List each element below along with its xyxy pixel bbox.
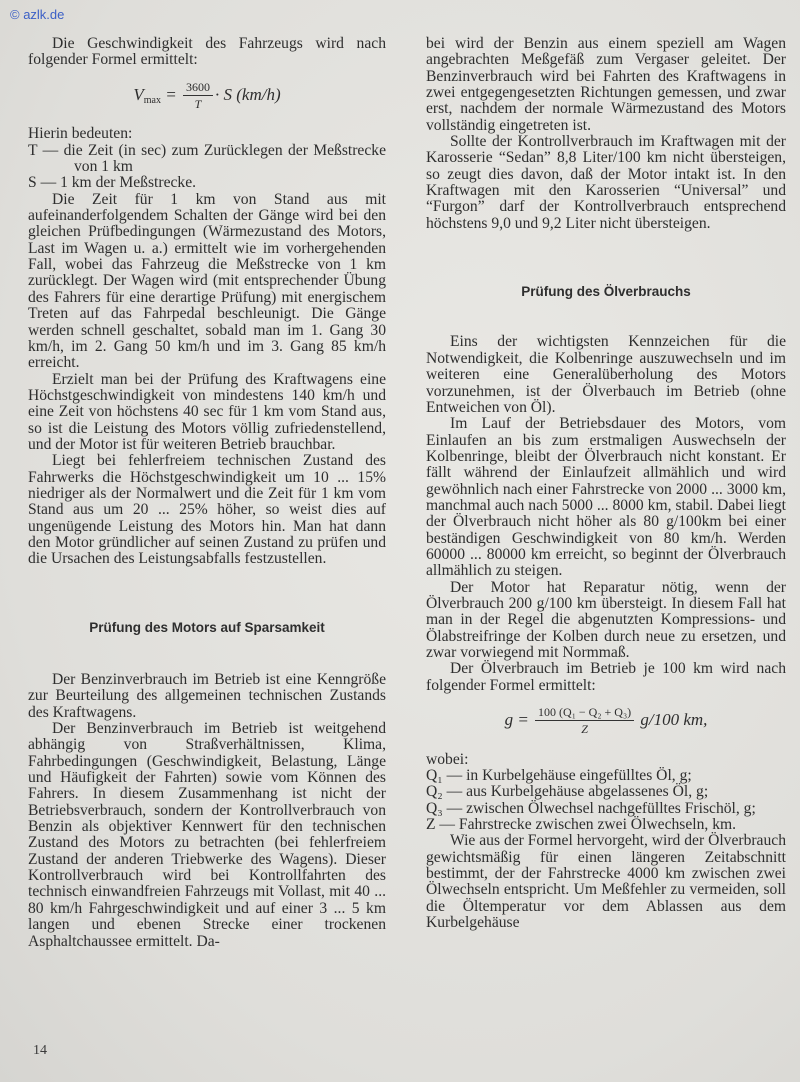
definitions-label: Hierin bedeuten: bbox=[28, 126, 386, 142]
section-heading: Prüfung des Ölverbrauchs bbox=[426, 284, 786, 300]
left-column: Die Geschwindigkeit des Fahrzeugs wird n… bbox=[28, 36, 386, 950]
definition-Q3: Q₃ — zwischen Ölwechsel nachgefülltes Fr… bbox=[426, 801, 786, 817]
watermark: © azlk.de bbox=[10, 7, 64, 22]
scanned-page: © azlk.de Die Geschwindigkeit des Fahrze… bbox=[0, 0, 800, 1082]
section-heading: Prüfung des Motors auf Sparsamkeit bbox=[28, 620, 386, 636]
paragraph: Die Zeit für 1 km von Stand aus mit aufe… bbox=[28, 192, 386, 372]
page-number: 14 bbox=[33, 1043, 47, 1059]
definition-S: S — 1 km der Meßstrecke. bbox=[28, 175, 386, 191]
definition-Z: Z — Fahrstrecke zwischen zwei Ölwechseln… bbox=[426, 817, 786, 833]
paragraph: Eins der wichtigsten Kennzeichen für die… bbox=[426, 334, 786, 416]
paragraph: Der Benzinverbrauch im Betrieb ist eine … bbox=[28, 672, 386, 721]
definition-T: T — die Zeit (in sec) zum Zurücklegen de… bbox=[28, 143, 386, 176]
definition-Q2: Q₂ — aus Kurbelgehäuse abgelassenes Öl, … bbox=[426, 784, 786, 800]
paragraph: Sollte der Kontrollverbrauch im Kraftwag… bbox=[426, 134, 786, 232]
paragraph: Der Benzinverbrauch im Betrieb ist weitg… bbox=[28, 721, 386, 950]
definitions-label: wobei: bbox=[426, 752, 786, 768]
paragraph: Erzielt man bei der Prüfung des Kraftwag… bbox=[28, 372, 386, 454]
right-column: bei wird der Benzin aus einem speziell a… bbox=[426, 36, 786, 932]
paragraph: Wie aus der Formel hervorgeht, wird der … bbox=[426, 833, 786, 931]
paragraph: bei wird der Benzin aus einem speziell a… bbox=[426, 36, 786, 134]
paragraph: Der Ölverbrauch im Betrieb je 100 km wir… bbox=[426, 661, 786, 694]
definition-Q1: Q₁ — in Kurbelgehäuse eingefülltes Öl, g… bbox=[426, 768, 786, 784]
paragraph: Die Geschwindigkeit des Fahrzeugs wird n… bbox=[28, 36, 386, 69]
paragraph: Liegt bei fehlerfreiem technischen Zusta… bbox=[28, 453, 386, 567]
fraction: 3600T bbox=[183, 79, 213, 113]
paragraph: Der Motor hat Reparatur nötig, wenn der … bbox=[426, 580, 786, 662]
fraction: 100 (Q₁ − Q₂ + Q₃)Z bbox=[535, 704, 634, 738]
oil-formula: g = 100 (Q₁ − Q₂ + Q₃)Z g/100 km, bbox=[426, 704, 786, 738]
speed-formula: Vmax = 3600T· S (km/h) bbox=[28, 79, 386, 113]
paragraph: Im Lauf der Betriebsdauer des Motors, vo… bbox=[426, 416, 786, 579]
